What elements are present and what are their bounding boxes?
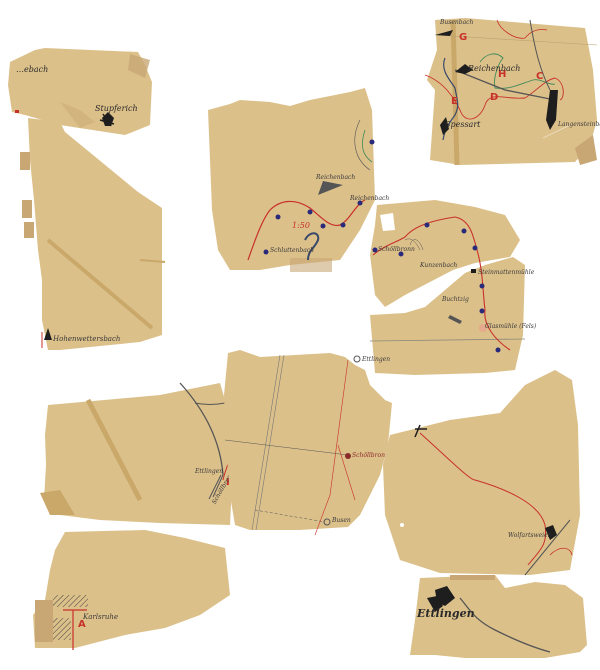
map-fragment-bottom-right-small bbox=[405, 570, 600, 670]
place-label-ettlingen-mid: Ettlingen bbox=[195, 469, 223, 475]
map-fragment-bottom-right-large bbox=[380, 365, 600, 585]
place-label-wolfartsweier: Wolfartsweier bbox=[508, 533, 550, 539]
place-label-langensteinbach: Langensteinbach bbox=[558, 122, 600, 128]
map-fragment-middle-center bbox=[220, 345, 400, 545]
route-marker-g: G bbox=[459, 33, 467, 43]
map-fragment-middle-left bbox=[40, 375, 240, 535]
map-fragment-left-tall bbox=[20, 110, 170, 360]
route-marker-d: D bbox=[490, 93, 498, 103]
route-marker-c: C bbox=[536, 72, 543, 82]
place-label-schluttenbach: Schluttenbach bbox=[270, 248, 314, 254]
place-label-ebach: …ebach bbox=[16, 66, 48, 74]
place-label-hohenwettersbach: Hohenwettersbach bbox=[53, 336, 120, 343]
route-marker-a: A bbox=[78, 620, 86, 630]
place-label-steinmattenmuehle: Steinmattenmühle bbox=[478, 270, 534, 276]
place-label-reichenbach-top-right: Reichenbach bbox=[468, 65, 520, 73]
place-label-schoellbronn: Schöllbronn bbox=[378, 247, 415, 253]
place-label-ettlingen-top: Ettlingen bbox=[362, 357, 390, 363]
route-number: 1:50 bbox=[292, 221, 310, 230]
route-marker-e: E bbox=[451, 97, 458, 107]
place-label-buchtzig: Buchtzig bbox=[442, 297, 469, 303]
place-label-busen: Busen bbox=[332, 518, 351, 524]
place-label-kunzenbach: Kunzenbach bbox=[420, 263, 457, 269]
place-label-karlsruhe: Karlsruhe bbox=[83, 614, 118, 621]
place-label-spessart: Spessart bbox=[445, 121, 480, 129]
map-fragment-bottom-left bbox=[25, 520, 235, 665]
place-label-busenbach: Busenbach bbox=[440, 20, 473, 26]
map-fragment-top-right bbox=[425, 10, 600, 170]
place-label-reichenbach-center: Reichenbach bbox=[316, 175, 355, 181]
place-label-glasmuehle: Glasmühle (Fels) bbox=[485, 324, 536, 330]
place-label-ettlingen-bottom: Ettlingen bbox=[417, 608, 475, 619]
